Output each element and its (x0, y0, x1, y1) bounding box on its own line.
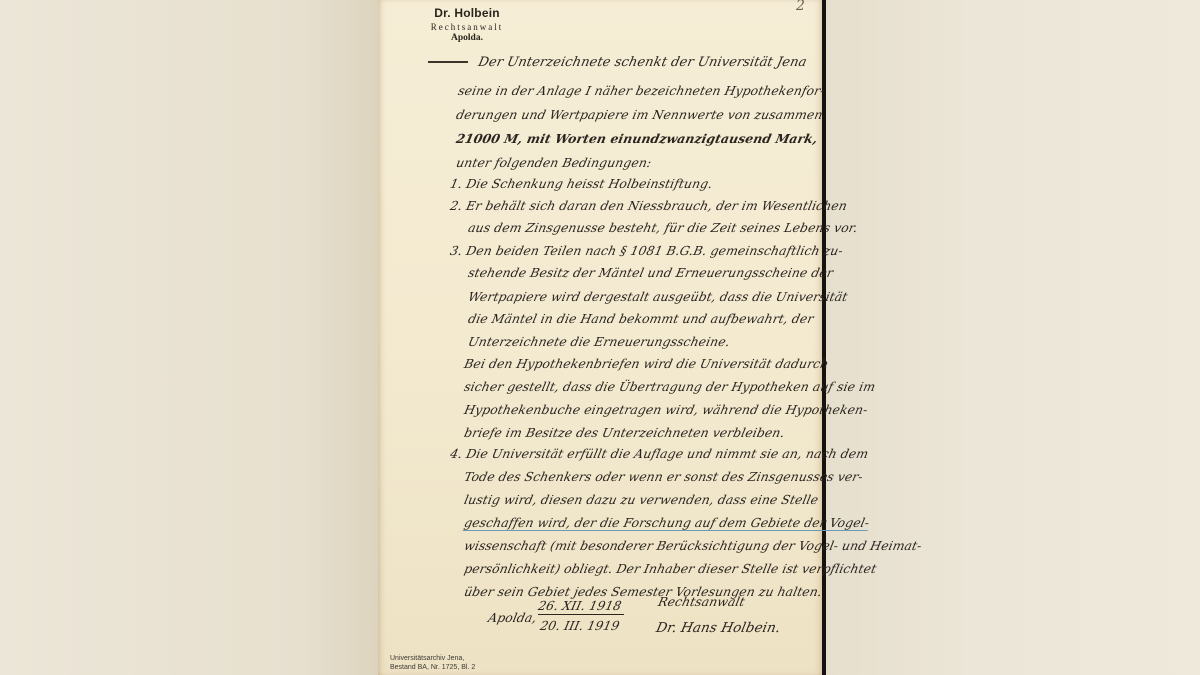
body-line: Der Unterzeichnete schenkt der Universit… (477, 55, 808, 70)
body-line: über sein Gebiet jedes Semester Vorlesun… (463, 584, 824, 599)
body-line: lustig wird, diesen dazu zu verwenden, d… (463, 492, 820, 507)
body-line: sicher gestellt, dass die Übertragung de… (463, 379, 877, 394)
archive-caption: Universitätsarchiv Jena, Bestand BA, Nr.… (390, 655, 475, 672)
body-line: Unterzeichnete die Erneuerungsscheine. (467, 334, 732, 349)
body-line: Hypothekenbuche eingetragen wird, währen… (463, 402, 869, 417)
letterhead-name: Dr. Holbein (412, 6, 522, 20)
letterhead-rule (428, 61, 468, 63)
signature-place: Apolda, (487, 610, 538, 625)
signature-role: Rechtsanwalt (657, 594, 747, 609)
background-right (826, 0, 1200, 675)
letterhead: Dr. Holbein Rechtsanwalt Apolda. (412, 6, 522, 43)
signature-date-1: 26. XII. 1918 (537, 598, 623, 613)
letterhead-city: Apolda. (412, 33, 522, 43)
letterhead-title: Rechtsanwalt (412, 22, 522, 32)
signature-name: Dr. Hans Holbein. (655, 620, 782, 636)
body-line: seine in der Anlage I näher bezeichneten… (457, 83, 826, 98)
body-line: aus dem Zinsgenusse besteht, für die Zei… (467, 220, 859, 235)
body-line: 4. Die Universität erfüllt die Auflage u… (449, 446, 870, 461)
body-line: persönlichkeit) obliegt. Der Inhaber die… (463, 561, 878, 576)
body-line: derungen und Wertpapiere im Nennwerte vo… (455, 107, 824, 122)
body-line: briefe im Besitze des Unterzeichneten ve… (463, 425, 786, 440)
signature-date-2: 20. III. 1919 (539, 618, 621, 633)
body-line: stehende Besitz der Mäntel und Erneuerun… (467, 265, 835, 280)
archive-caption-line2: Bestand BA, Nr. 1725, Bl. 2 (390, 664, 475, 673)
archive-caption-line1: Universitätsarchiv Jena, (390, 655, 475, 664)
body-line: 1. Die Schenkung heisst Holbeinstiftung. (449, 176, 714, 191)
body-line: 21000 M, mit Worten einundzwanzigtausend… (455, 131, 819, 146)
body-line: 3. Den beiden Teilen nach § 1081 B.G.B. … (449, 243, 845, 258)
date-fraction-line (538, 614, 624, 615)
body-line: 2. Er behält sich daran den Niessbrauch,… (449, 198, 849, 213)
body-line-underlined: geschaffen wird, der die Forschung auf d… (463, 515, 871, 531)
body-line: Bei den Hypothekenbriefen wird die Unive… (463, 356, 830, 371)
body-line: wissenschaft (mit besonderer Berücksicht… (463, 538, 923, 553)
body-line: Wertpapiere wird dergestalt ausgeübt, da… (467, 289, 849, 304)
page-number: 2 (796, 0, 805, 14)
body-line: die Mäntel in die Hand bekommt und aufbe… (467, 311, 815, 326)
body-line: Tode des Schenkers oder wenn er sonst de… (463, 469, 865, 484)
background-left (0, 0, 378, 675)
body-line: unter folgenden Bedingungen: (455, 155, 653, 170)
